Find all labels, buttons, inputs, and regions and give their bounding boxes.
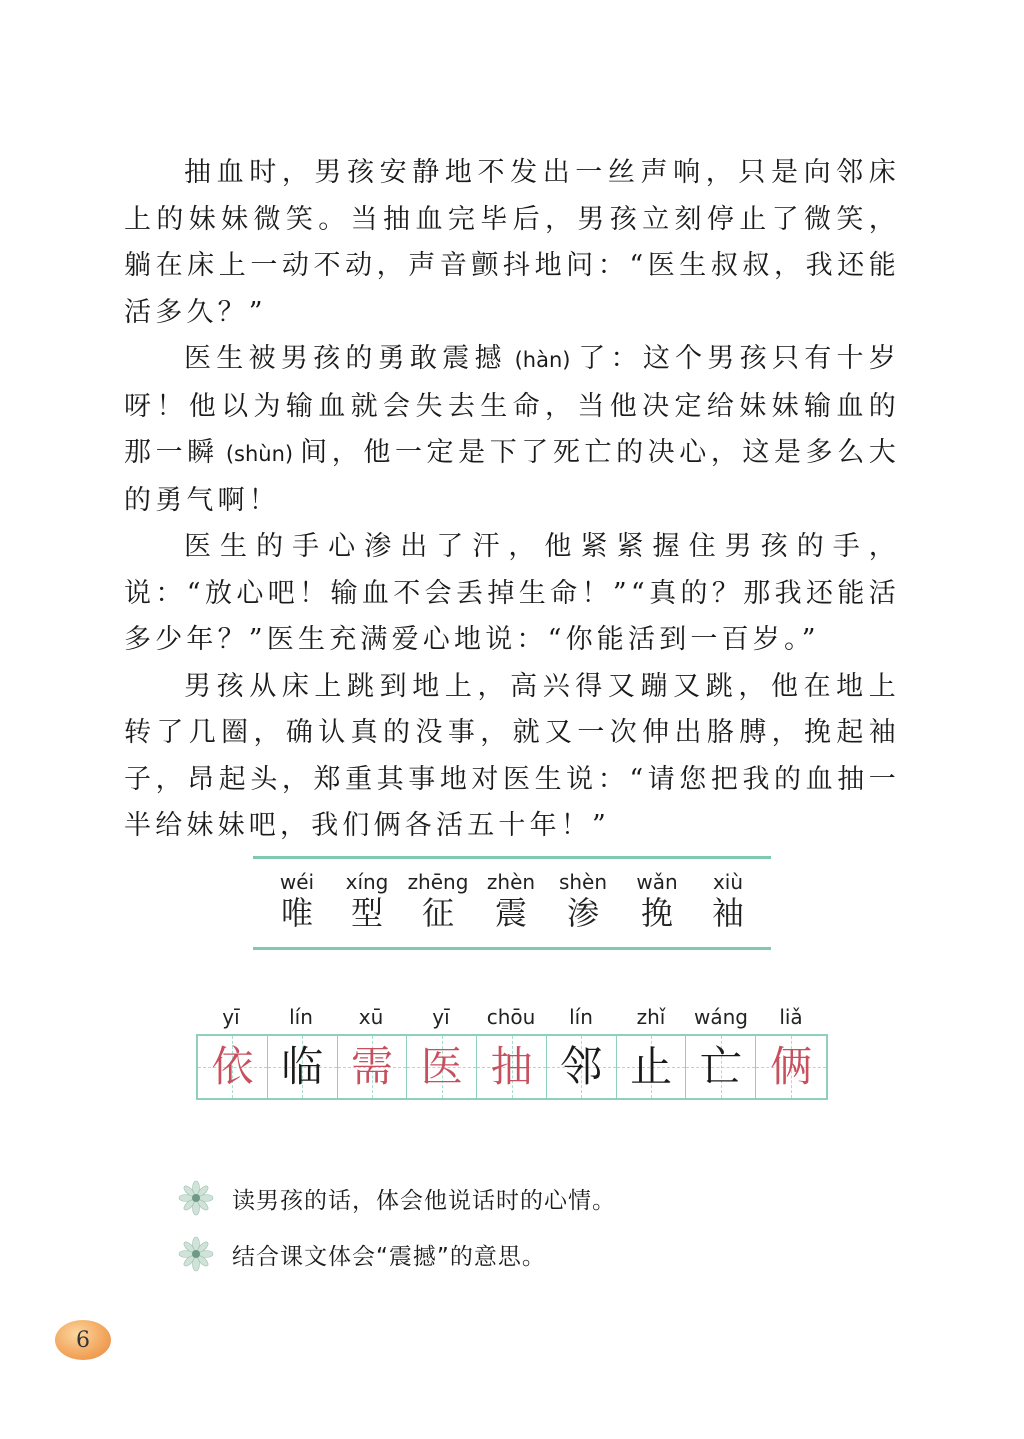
- new-word-pinyin: wéi: [257, 869, 337, 895]
- exercises: 读男孩的话，体会他说话时的心情。 结合课文体会“震撼”的意思。: [178, 1170, 616, 1282]
- grid-cell: 俩: [756, 1036, 826, 1098]
- new-word-char: 唯: [257, 895, 337, 931]
- new-word-pinyin: shèn: [543, 869, 623, 895]
- new-word: xíng型: [327, 869, 407, 931]
- writing-char: 抽: [491, 1046, 533, 1088]
- exercise-text: 读男孩的话，体会他说话时的心情。: [232, 1182, 616, 1215]
- story-text: 抽血时，男孩安静地不发出一丝声响，只是向邻床上的妹妹微笑。当抽血完毕后，男孩立刻…: [124, 150, 900, 850]
- writing-char: 临: [281, 1046, 323, 1088]
- paragraph-4: 男孩从床上跳到地上，高兴得又蹦又跳，他在地上转了几圈，确认真的没事，就又一次伸出…: [124, 664, 900, 850]
- pinyin-shun: (shùn): [219, 442, 300, 466]
- new-word: wǎn挽: [617, 869, 697, 931]
- grid-cell: 止: [617, 1036, 687, 1098]
- exercise-text: 结合课文体会“震撼”的意思。: [232, 1238, 546, 1271]
- new-word-char: 征: [398, 895, 478, 931]
- paragraph-3: 医生的手心渗出了汗，他紧紧握住男孩的手，说：“放心吧！输血不会丢掉生命！”“真的…: [124, 524, 900, 664]
- new-word-char: 袖: [688, 895, 768, 931]
- paragraph-1: 抽血时，男孩安静地不发出一丝声响，只是向邻床上的妹妹微笑。当抽血完毕后，男孩立刻…: [124, 150, 900, 336]
- flower-icon: [178, 1236, 214, 1272]
- writing-pinyin: xū: [336, 1000, 406, 1034]
- new-word-pinyin: wǎn: [617, 869, 697, 895]
- writing-pinyin-row: yī lín xū yī chōu lín zhǐ wáng liǎ: [196, 1000, 828, 1034]
- writing-char: 俩: [770, 1046, 812, 1088]
- writing-pinyin: yī: [196, 1000, 266, 1034]
- writing-char: 医: [421, 1046, 463, 1088]
- paragraph-2: 医生被男孩的勇敢震撼 (hàn) 了：这个男孩只有十岁呀！他以为输血就会失去生命…: [124, 336, 900, 524]
- writing-pinyin: lín: [266, 1000, 336, 1034]
- exercise-item: 结合课文体会“震撼”的意思。: [178, 1226, 616, 1282]
- grid-cell: 医: [407, 1036, 477, 1098]
- grid-cell: 临: [268, 1036, 338, 1098]
- writing-char: 依: [211, 1046, 253, 1088]
- new-word: zhēng征: [398, 869, 478, 931]
- writing-grid-section: yī lín xū yī chōu lín zhǐ wáng liǎ 依 临 需…: [196, 1000, 828, 1100]
- exercise-item: 读男孩的话，体会他说话时的心情。: [178, 1170, 616, 1226]
- new-word: wéi唯: [257, 869, 337, 931]
- new-word-pinyin: xiù: [688, 869, 768, 895]
- new-word: xiù袖: [688, 869, 768, 931]
- writing-char: 邻: [560, 1046, 602, 1088]
- pinyin-han: (hàn): [507, 348, 578, 372]
- new-word: shèn渗: [543, 869, 623, 931]
- new-words-row: wéi唯 xíng型 zhēng征 zhèn震 shèn渗 wǎn挽 xiù袖: [253, 869, 771, 939]
- page-number-badge: 6: [55, 1320, 111, 1360]
- new-word-pinyin: xíng: [327, 869, 407, 895]
- new-word-char: 渗: [543, 895, 623, 931]
- new-words-box: wéi唯 xíng型 zhēng征 zhèn震 shèn渗 wǎn挽 xiù袖: [253, 856, 771, 950]
- grid-cell: 抽: [477, 1036, 547, 1098]
- grid-cell: 依: [198, 1036, 268, 1098]
- grid-cell: 邻: [547, 1036, 617, 1098]
- new-word-pinyin: zhēng: [398, 869, 478, 895]
- new-word: zhèn震: [471, 869, 551, 931]
- writing-pinyin: lín: [546, 1000, 616, 1034]
- flower-icon: [178, 1180, 214, 1216]
- page-number: 6: [76, 1328, 90, 1353]
- paragraph-2-part-1: 医生被男孩的勇敢震撼: [184, 343, 507, 374]
- new-word-char: 型: [327, 895, 407, 931]
- writing-char: 需: [351, 1046, 393, 1088]
- grid-cell: 亡: [686, 1036, 756, 1098]
- new-word-char: 挽: [617, 895, 697, 931]
- tianzige-grid: 依 临 需 医 抽 邻 止 亡 俩: [196, 1034, 828, 1100]
- writing-pinyin: liǎ: [756, 1000, 826, 1034]
- writing-pinyin: zhǐ: [616, 1000, 686, 1034]
- writing-char: 亡: [700, 1046, 742, 1088]
- new-word-pinyin: zhèn: [471, 869, 551, 895]
- writing-pinyin: yī: [406, 1000, 476, 1034]
- new-word-char: 震: [471, 895, 551, 931]
- grid-cell: 需: [338, 1036, 408, 1098]
- writing-pinyin: wáng: [686, 1000, 756, 1034]
- writing-char: 止: [630, 1046, 672, 1088]
- writing-pinyin: chōu: [476, 1000, 546, 1034]
